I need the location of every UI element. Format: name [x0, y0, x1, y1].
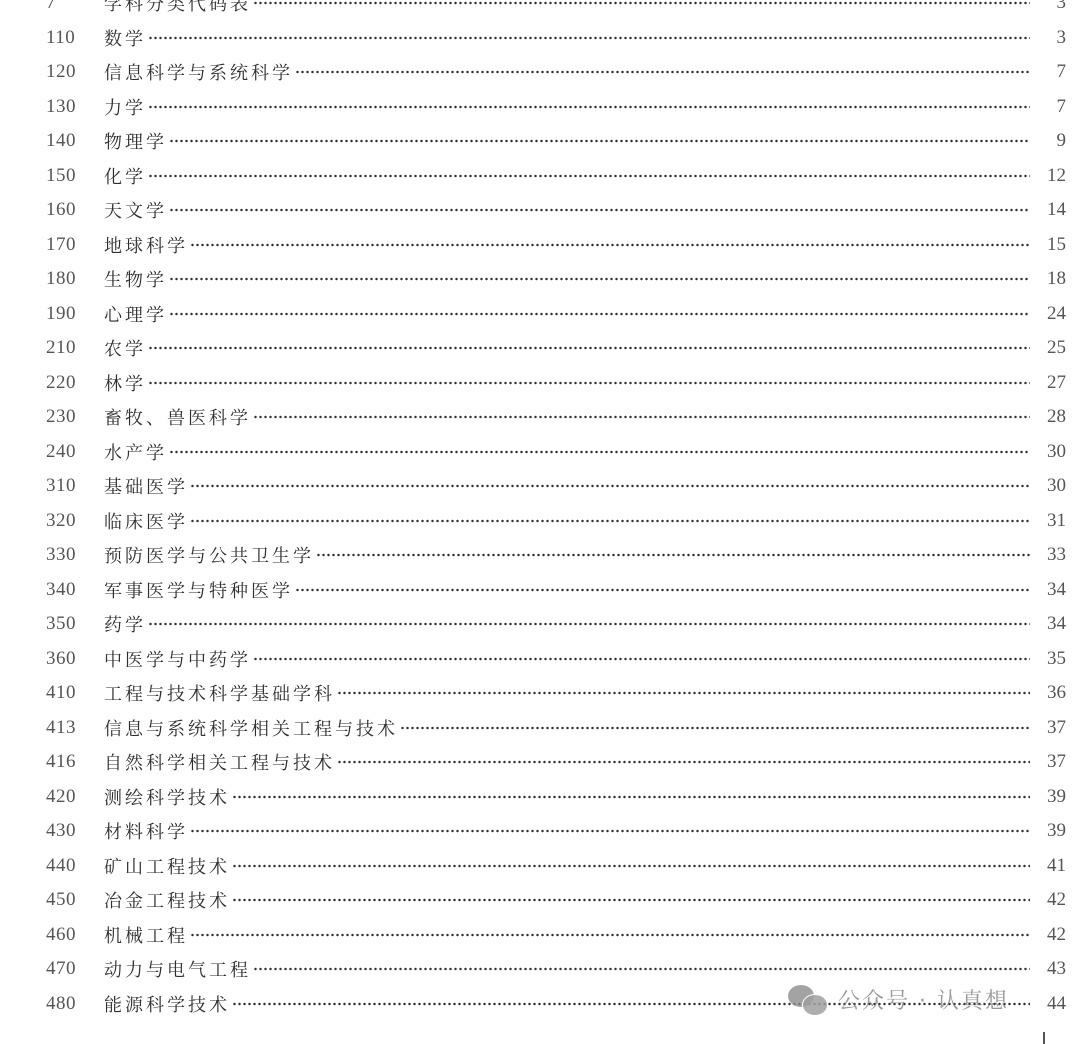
subject-title: 水产学 [104, 439, 167, 465]
page-number: 14 [1026, 199, 1066, 221]
subject-code: 230 [46, 406, 96, 428]
subject-code: 220 [46, 372, 96, 394]
page-number: 37 [1026, 751, 1066, 773]
subject-title: 自然科学相关工程与技术 [104, 749, 335, 775]
page-number: 9 [1026, 130, 1066, 152]
subject-title: 中医学与中药学 [104, 646, 251, 672]
dot-leader [295, 70, 1030, 74]
subject-code: 7 [46, 0, 96, 14]
toc-entry: 410工程与技术科学基础学科36 [0, 676, 1080, 711]
subject-code: 160 [46, 199, 96, 221]
subject-code: 310 [46, 475, 96, 497]
page-number: 3 [1026, 0, 1066, 14]
subject-code: 210 [46, 337, 96, 359]
toc-entry: 210农学25 [0, 331, 1080, 366]
toc-entry: 190心理学24 [0, 297, 1080, 332]
dot-leader [337, 691, 1030, 695]
page-number: 39 [1026, 786, 1066, 808]
subject-code: 330 [46, 544, 96, 566]
subject-title: 学科分类代码表 [104, 0, 251, 16]
subject-title: 生物学 [104, 266, 167, 292]
table-of-contents: 7学科分类代码表3110数学3120信息科学与系统科学7130力学7140物理学… [0, 0, 1080, 1021]
dot-leader [190, 484, 1030, 488]
subject-title: 数学 [104, 25, 146, 51]
dot-leader [169, 312, 1030, 316]
dot-leader [169, 277, 1030, 281]
subject-title: 冶金工程技术 [104, 887, 230, 913]
page-number: 18 [1026, 268, 1066, 290]
toc-entry: 350药学34 [0, 607, 1080, 642]
toc-entry: 130力学7 [0, 90, 1080, 125]
subject-code: 340 [46, 579, 96, 601]
dot-leader [190, 829, 1030, 833]
toc-entry: 430材料科学39 [0, 814, 1080, 849]
subject-title: 机械工程 [104, 922, 188, 948]
subject-code: 470 [46, 958, 96, 980]
toc-entry: 330预防医学与公共卫生学33 [0, 538, 1080, 573]
wechat-icon [788, 985, 830, 1015]
page-edge-mark [1043, 1032, 1045, 1044]
dot-leader [232, 898, 1030, 902]
page-number: 42 [1026, 924, 1066, 946]
watermark: 公众号 · 认真想 [788, 984, 1009, 1015]
subject-code: 170 [46, 234, 96, 256]
toc-entry: 310基础医学30 [0, 469, 1080, 504]
dot-leader [316, 553, 1030, 557]
page-number: 7 [1026, 96, 1066, 118]
dot-leader [337, 760, 1030, 764]
dot-leader [400, 726, 1030, 730]
dot-leader [190, 933, 1030, 937]
toc-entry: 120信息科学与系统科学7 [0, 55, 1080, 90]
subject-code: 110 [46, 27, 96, 49]
subject-title: 基础医学 [104, 473, 188, 499]
subject-title: 天文学 [104, 197, 167, 223]
subject-title: 军事医学与特种医学 [104, 577, 293, 603]
page-number: 7 [1026, 61, 1066, 83]
subject-code: 190 [46, 303, 96, 325]
toc-entry: 230畜牧、兽医科学28 [0, 400, 1080, 435]
dot-leader [190, 519, 1030, 523]
subject-title: 林学 [104, 370, 146, 396]
toc-entry: 360中医学与中药学35 [0, 642, 1080, 677]
page-number: 15 [1026, 234, 1066, 256]
toc-entry: 110数学3 [0, 21, 1080, 56]
page-number: 36 [1026, 682, 1066, 704]
page-number: 43 [1026, 958, 1066, 980]
toc-entry: 450冶金工程技术42 [0, 883, 1080, 918]
subject-code: 320 [46, 510, 96, 532]
page-number: 39 [1026, 820, 1066, 842]
subject-code: 440 [46, 855, 96, 877]
page-number: 34 [1026, 613, 1066, 635]
subject-code: 150 [46, 165, 96, 187]
dot-leader [232, 795, 1030, 799]
page-number: 35 [1026, 648, 1066, 670]
subject-title: 畜牧、兽医科学 [104, 404, 251, 430]
page-number: 30 [1026, 475, 1066, 497]
toc-entry: 140物理学9 [0, 124, 1080, 159]
subject-title: 动力与电气工程 [104, 956, 251, 982]
toc-entry: 240水产学30 [0, 435, 1080, 470]
subject-code: 130 [46, 96, 96, 118]
toc-entry: 420测绘科学技术39 [0, 780, 1080, 815]
subject-title: 矿山工程技术 [104, 853, 230, 879]
subject-code: 350 [46, 613, 96, 635]
dot-leader [295, 588, 1030, 592]
subject-title: 信息与系统科学相关工程与技术 [104, 715, 398, 741]
watermark-text: 公众号 · 认真想 [838, 984, 1009, 1015]
toc-entry: 150化学12 [0, 159, 1080, 194]
dot-leader [148, 105, 1030, 109]
page-number: 3 [1026, 27, 1066, 49]
page-number: 30 [1026, 441, 1066, 463]
subject-title: 地球科学 [104, 232, 188, 258]
dot-leader [253, 967, 1030, 971]
subject-title: 材料科学 [104, 818, 188, 844]
toc-entry: 413信息与系统科学相关工程与技术37 [0, 711, 1080, 746]
subject-code: 360 [46, 648, 96, 670]
toc-entry: 470动力与电气工程43 [0, 952, 1080, 987]
subject-title: 化学 [104, 163, 146, 189]
toc-entry: 460机械工程42 [0, 918, 1080, 953]
toc-entry: 7学科分类代码表3 [0, 0, 1080, 21]
page-number: 24 [1026, 303, 1066, 325]
dot-leader [148, 174, 1030, 178]
page-number: 27 [1026, 372, 1066, 394]
toc-entry: 180生物学18 [0, 262, 1080, 297]
toc-entry: 416自然科学相关工程与技术37 [0, 745, 1080, 780]
dot-leader [148, 622, 1030, 626]
dot-leader [169, 208, 1030, 212]
toc-entry: 220林学27 [0, 366, 1080, 401]
page-number: 42 [1026, 889, 1066, 911]
dot-leader [190, 243, 1030, 247]
dot-leader [253, 657, 1030, 661]
page-number: 41 [1026, 855, 1066, 877]
subject-title: 测绘科学技术 [104, 784, 230, 810]
page-number: 34 [1026, 579, 1066, 601]
page-number: 37 [1026, 717, 1066, 739]
dot-leader [169, 139, 1030, 143]
subject-code: 413 [46, 717, 96, 739]
subject-code: 420 [46, 786, 96, 808]
toc-entry: 340军事医学与特种医学34 [0, 573, 1080, 608]
dot-leader [253, 1, 1030, 5]
subject-title: 临床医学 [104, 508, 188, 534]
page-number: 31 [1026, 510, 1066, 532]
subject-code: 450 [46, 889, 96, 911]
dot-leader [148, 381, 1030, 385]
subject-title: 药学 [104, 611, 146, 637]
subject-code: 430 [46, 820, 96, 842]
subject-code: 460 [46, 924, 96, 946]
subject-code: 416 [46, 751, 96, 773]
dot-leader [232, 864, 1030, 868]
subject-title: 预防医学与公共卫生学 [104, 542, 314, 568]
subject-code: 120 [46, 61, 96, 83]
subject-code: 410 [46, 682, 96, 704]
page-number: 25 [1026, 337, 1066, 359]
subject-code: 480 [46, 993, 96, 1015]
toc-entry: 440矿山工程技术41 [0, 849, 1080, 884]
subject-title: 物理学 [104, 128, 167, 154]
dot-leader [169, 450, 1030, 454]
subject-title: 工程与技术科学基础学科 [104, 680, 335, 706]
page-number: 12 [1026, 165, 1066, 187]
dot-leader [148, 36, 1030, 40]
toc-entry: 170地球科学15 [0, 228, 1080, 263]
subject-title: 力学 [104, 94, 146, 120]
subject-title: 信息科学与系统科学 [104, 59, 293, 85]
subject-title: 农学 [104, 335, 146, 361]
subject-title: 心理学 [104, 301, 167, 327]
toc-entry: 160天文学14 [0, 193, 1080, 228]
subject-title: 能源科学技术 [104, 991, 230, 1017]
subject-code: 180 [46, 268, 96, 290]
subject-code: 240 [46, 441, 96, 463]
dot-leader [148, 346, 1030, 350]
page-number: 28 [1026, 406, 1066, 428]
subject-code: 140 [46, 130, 96, 152]
dot-leader [253, 415, 1030, 419]
page-number: 44 [1026, 993, 1066, 1015]
toc-entry: 320临床医学31 [0, 504, 1080, 539]
page-number: 33 [1026, 544, 1066, 566]
